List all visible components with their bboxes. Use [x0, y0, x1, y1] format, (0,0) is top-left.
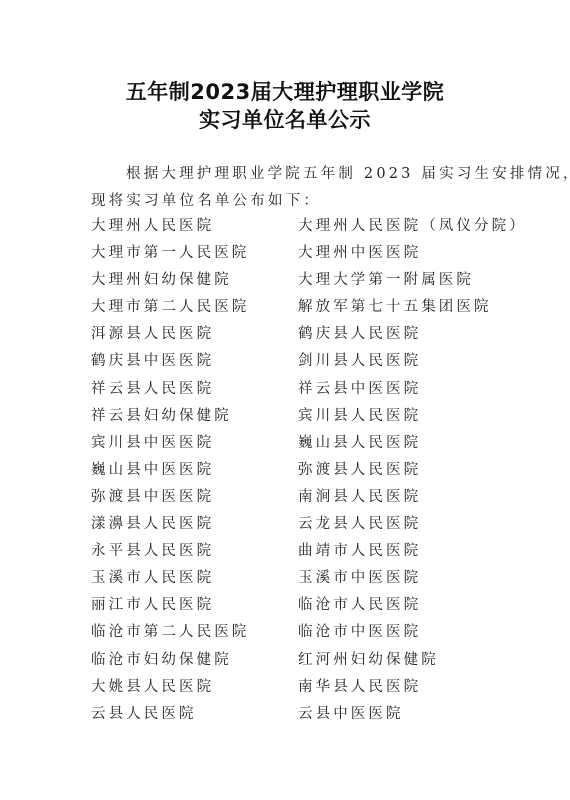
list-item: 玉溪市中医医院 — [298, 568, 421, 588]
list-row: 丽江市人民医院 临沧市人民医院 — [0, 595, 570, 622]
list-item: 玉溪市人民医院 — [91, 568, 214, 588]
page-title-line1: 五年制2023届大理护理职业学院 — [0, 76, 570, 106]
list-item: 南华县人民医院 — [298, 677, 421, 697]
list-item: 大姚县人民医院 — [91, 677, 214, 697]
list-item: 临沧市妇幼保健院 — [91, 650, 232, 670]
list-item: 红河州妇幼保健院 — [298, 650, 439, 670]
list-row: 鹤庆县中医医院 剑川县人民医院 — [0, 351, 570, 378]
list-item: 丽江市人民医院 — [91, 595, 214, 615]
list-item: 云县人民医院 — [91, 704, 197, 724]
list-item: 宾川县中医医院 — [91, 433, 214, 453]
list-item: 云龙县人民医院 — [298, 514, 421, 534]
page-title-line2: 实习单位名单公示 — [0, 104, 570, 134]
list-item: 祥云县妇幼保健院 — [91, 406, 232, 426]
list-item: 临沧市中医医院 — [298, 622, 421, 642]
list-row: 弥渡县中医医院 南涧县人民医院 — [0, 487, 570, 514]
internship-unit-list: 大理州人民医院 大理州人民医院（凤仪分院） 大理市第一人民医院 大理州中医医院 … — [0, 216, 570, 731]
list-row: 大理市第二人民医院 解放军第七十五集团医院 — [0, 297, 570, 324]
list-row: 洱源县人民医院 鹤庆县人民医院 — [0, 324, 570, 351]
list-item: 鹤庆县中医医院 — [91, 351, 214, 371]
intro-paragraph-line2: 现将实习单位名单公布如下： — [91, 189, 511, 210]
list-row: 玉溪市人民医院 玉溪市中医医院 — [0, 568, 570, 595]
list-item: 临沧市第二人民医院 — [91, 622, 249, 642]
list-item: 鹤庆县人民医院 — [298, 324, 421, 344]
list-item: 云县中医医院 — [298, 704, 404, 724]
list-item: 剑川县人民医院 — [298, 351, 421, 371]
list-item: 祥云县人民医院 — [91, 379, 214, 399]
list-row: 漾濞县人民医院 云龙县人民医院 — [0, 514, 570, 541]
list-item: 南涧县人民医院 — [298, 487, 421, 507]
list-item: 大理州人民医院 — [91, 216, 214, 236]
list-row: 大理州人民医院 大理州人民医院（凤仪分院） — [0, 216, 570, 243]
list-item: 洱源县人民医院 — [91, 324, 214, 344]
list-item: 临沧市人民医院 — [298, 595, 421, 615]
list-row: 永平县人民医院 曲靖市人民医院 — [0, 541, 570, 568]
list-item: 宾川县人民医院 — [298, 406, 421, 426]
list-row: 巍山县中医医院 弥渡县人民医院 — [0, 460, 570, 487]
list-row: 临沧市妇幼保健院 红河州妇幼保健院 — [0, 650, 570, 677]
list-item: 永平县人民医院 — [91, 541, 214, 561]
list-row: 大理市第一人民医院 大理州中医医院 — [0, 243, 570, 270]
list-row: 宾川县中医医院 巍山县人民医院 — [0, 433, 570, 460]
list-row: 大姚县人民医院 南华县人民医院 — [0, 677, 570, 704]
list-row: 云县人民医院 云县中医医院 — [0, 704, 570, 731]
list-row: 祥云县人民医院 祥云县中医医院 — [0, 379, 570, 406]
list-item: 大理州妇幼保健院 — [91, 270, 232, 290]
list-item: 曲靖市人民医院 — [298, 541, 421, 561]
list-row: 临沧市第二人民医院 临沧市中医医院 — [0, 622, 570, 649]
list-item: 大理大学第一附属医院 — [298, 270, 474, 290]
list-item: 漾濞县人民医院 — [91, 514, 214, 534]
list-item: 大理州人民医院（凤仪分院） — [298, 216, 527, 236]
list-item: 大理州中医医院 — [298, 243, 421, 263]
list-item: 巍山县人民医院 — [298, 433, 421, 453]
list-row: 大理州妇幼保健院 大理大学第一附属医院 — [0, 270, 570, 297]
intro-paragraph-line1: 根据大理护理职业学院五年制 2023 届实习生安排情况， — [126, 162, 546, 183]
list-row: 祥云县妇幼保健院 宾川县人民医院 — [0, 406, 570, 433]
list-item: 解放军第七十五集团医院 — [298, 297, 492, 317]
list-item: 大理市第二人民医院 — [91, 297, 249, 317]
list-item: 祥云县中医医院 — [298, 379, 421, 399]
list-item: 弥渡县中医医院 — [91, 487, 214, 507]
list-item: 巍山县中医医院 — [91, 460, 214, 480]
list-item: 弥渡县人民医院 — [298, 460, 421, 480]
list-item: 大理市第一人民医院 — [91, 243, 249, 263]
